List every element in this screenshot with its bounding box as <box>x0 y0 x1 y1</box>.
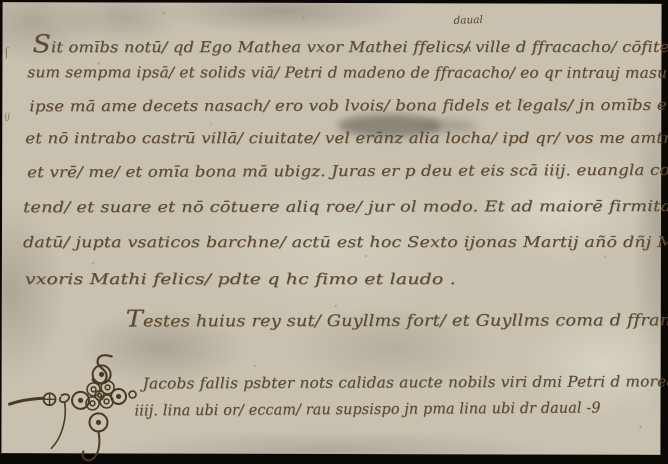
signum-eg-ligature <box>43 393 69 448</box>
body-line-3: ipse mā ame decets nasach/ ero vob lvois… <box>29 96 668 116</box>
margin-mark-1: ſ <box>3 46 10 60</box>
parchment-speckles <box>3 2 5 4</box>
parchment-page: Sit omībs notū/ qd Ego Mathea vxor Mathe… <box>1 2 661 455</box>
signum-rosette <box>72 365 136 460</box>
margin-mark-2: ij <box>4 112 10 122</box>
body-line-8: vxoris Mathi felics/ pdte q hc fimo et l… <box>25 270 456 288</box>
notary-subscription-line-2: iiij. lina ubi or/ eccam/ rau supsispo j… <box>134 398 600 419</box>
body-line-2: sum sempma ipsā/ et solids viā/ Petri d … <box>27 63 668 82</box>
signum-tail <box>83 431 100 460</box>
interlinear-addition: daual <box>453 14 483 27</box>
signum-small-o <box>129 391 136 398</box>
ink-smudge-faint <box>422 119 477 133</box>
witness-line: Testes huius rey sut/ Guyllms fort/ et G… <box>126 304 668 332</box>
manuscript-photo: { "photo": { "description": "Medieval pa… <box>0 0 668 464</box>
insertion-caret: ʌ <box>465 43 471 54</box>
body-line-7: datū/ jupta vsaticos barchne/ actū est h… <box>23 233 668 251</box>
notarial-signum <box>3 348 153 464</box>
signum-dash <box>10 398 44 404</box>
body-line-5: et vrē/ me/ et omīa bona mā ubigz. Juras… <box>27 161 668 182</box>
body-line-1: Sit omībs notū/ qd Ego Mathea vxor Mathe… <box>32 29 668 58</box>
body-line-6: tend/ et suare et nō cōtuere aliq roe/ j… <box>23 197 668 216</box>
notary-subscription-line-1: Jacobs fallis psbter nots calidas aucte … <box>143 372 668 392</box>
